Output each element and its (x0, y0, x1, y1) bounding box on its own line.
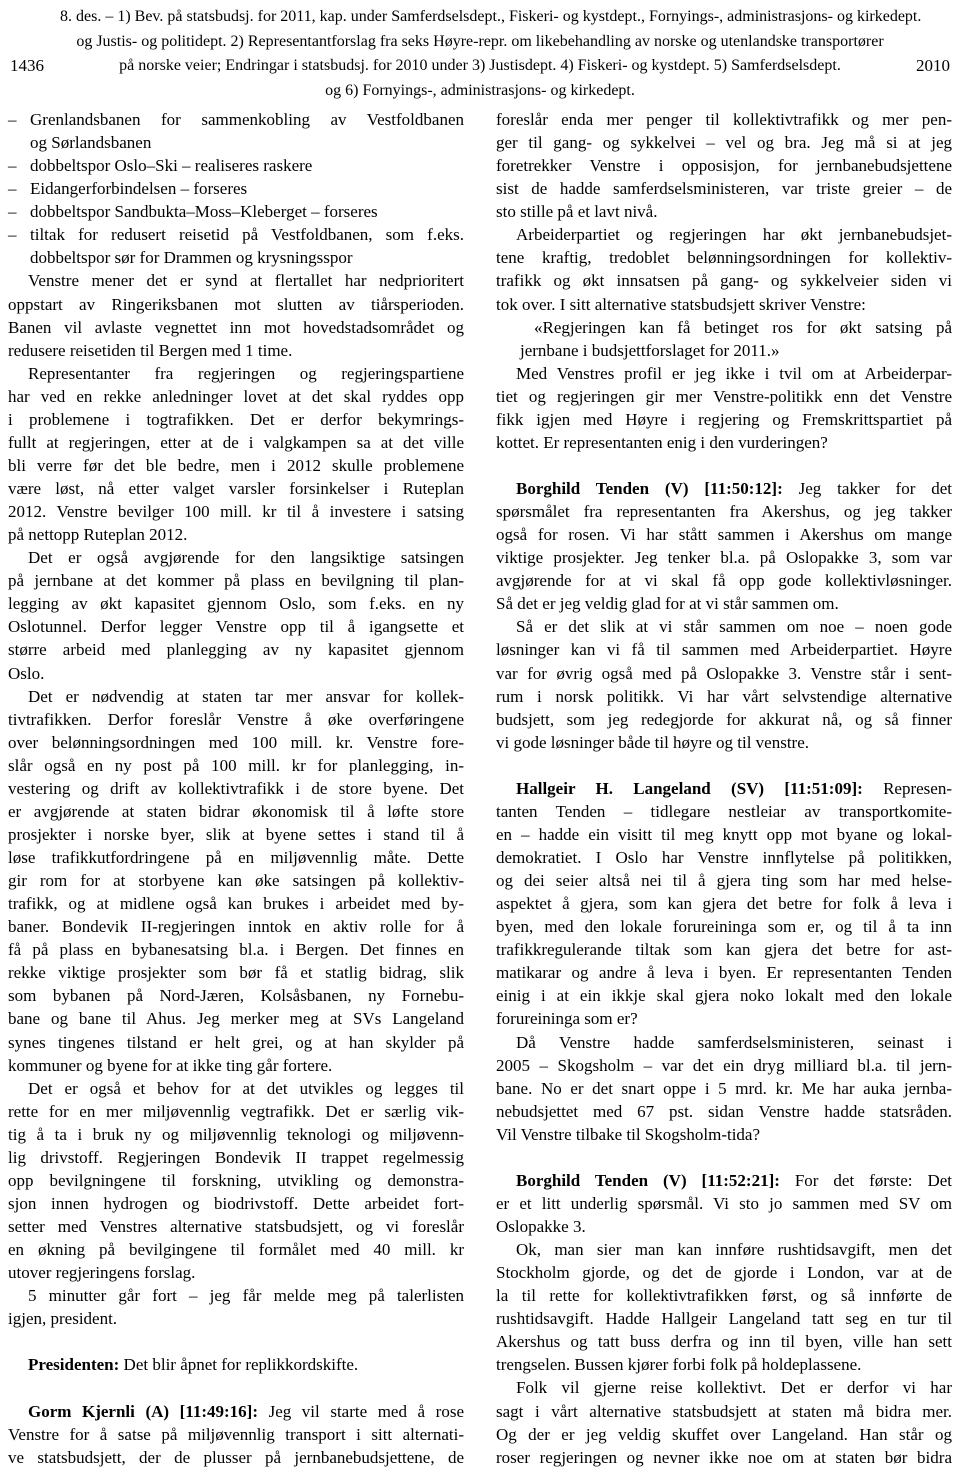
text-line: Borghild Tenden (V) [11:52:21]: For det … (496, 1169, 952, 1192)
text-line: tiet og regjeringen gir mer Venstre-poli… (496, 385, 952, 408)
text-line: trafikkregulerande tiltak som kan gjera … (496, 938, 952, 961)
text-line: roser regjeringen og nevner ikke noe om … (496, 1446, 952, 1469)
text-line: synes tingenes tilstand er helt grei, og… (8, 1031, 464, 1054)
left-column-text: –Grenlandsbanen for sammenkobling av Ves… (8, 108, 464, 1469)
text-line: som bybanen på Nord-Jæren, Kolsåsbanen, … (8, 984, 464, 1007)
text-line: tivtrafikken. Derfor foreslår Venstre å … (8, 708, 464, 731)
text-line: Oslopakke 3. (496, 1215, 952, 1238)
text-line: større arbeid med planlegging av ny kapa… (8, 638, 464, 661)
text-line: Venstre for å satse på miljøvennlig tran… (8, 1423, 464, 1446)
text-line: vi gode løsninger både til høyre og til … (496, 731, 952, 754)
text-line: einig i at ein ikkje skal gjera noko lok… (496, 984, 952, 1007)
text-line: på nettopp Ruteplan 2012. (8, 523, 464, 546)
text-line: kottet. Er representanten enig i den vur… (496, 431, 952, 454)
text-line: igjen, president. (8, 1307, 464, 1330)
header-line: 8. des. – 1) Bev. på statsbudsj. for 201… (60, 5, 900, 30)
text-line: har ved en rekke anledninger lovet at de… (8, 385, 464, 408)
text-line: fikk igjen med Høyre i regjering og Frem… (496, 408, 952, 431)
text-line: være løst, nå etter valget varsler forsi… (8, 477, 464, 500)
text-line: dobbeltspor sør for Drammen og krysnings… (8, 246, 464, 269)
text-line: sjon innen hydrogen og biodrivstoff. Det… (8, 1192, 464, 1215)
text-line: –dobbeltspor Oslo–Ski – realiseres raske… (8, 154, 464, 177)
text-line: Ok, man sier man kan innføre rushtidsavg… (496, 1238, 952, 1261)
text-line: er et litt underlig spørsmål. Vi sto jo … (496, 1192, 952, 1215)
text-line: Då Venstre hadde samferdselsministeren, … (496, 1031, 952, 1054)
text-line: Folk vil gjerne reise kollektivt. Det er… (496, 1376, 952, 1399)
text-line: og Sørlandsbanen (8, 131, 464, 154)
text-line: Stockholm gjorde, og det de gjorde i Lon… (496, 1261, 952, 1284)
text-line: opp bevilgningene til forskning, utvikli… (8, 1169, 464, 1192)
text-line: trengselen. Bussen kjører forbi folk på … (496, 1353, 952, 1376)
text-line: spørsmålet fra representanten fra Akersh… (496, 500, 952, 523)
bullet-dash: – (8, 108, 17, 131)
text-line: –Grenlandsbanen for sammenkobling av Ves… (8, 108, 464, 131)
text-line: matikarar og andre å leva i byen. Er rep… (496, 961, 952, 984)
text-line: Vil Venstre tilbake til Skogsholm-tida? (496, 1123, 952, 1146)
blank-line (496, 754, 952, 777)
text-line: viktige prosjekter. Jeg tenker bl.a. på … (496, 546, 952, 569)
text-line: tok over. I sitt alternative statsbudsje… (496, 293, 952, 316)
text-line: tene kraftig, tredoblet belønningsordnin… (496, 246, 952, 269)
text-line: Så er det slik at vi står sammen om noe … (496, 615, 952, 638)
text-line: sto stille på et lavt nivå. (496, 200, 952, 223)
text-line: la til rette for kollektivtrafikken førs… (496, 1284, 952, 1307)
text-line: Gorm Kjernli (A) [11:49:16]: Jeg vil sta… (8, 1400, 464, 1423)
text-line: rum i norsk politikk. Vi har vårt selvst… (496, 685, 952, 708)
text-line: –dobbeltspor Sandbukta–Moss–Kleberget – … (8, 200, 464, 223)
text-line: slår også en ny post på 100 mill. kr for… (8, 754, 464, 777)
text-line: jernbane i budsjettforslaget for 2011.» (496, 339, 952, 362)
text-line: sist de hadde samferdselsministeren, var… (496, 177, 952, 200)
text-line: demokratiet. I Oslo har Venstre innflyte… (496, 846, 952, 869)
text-line: nebudsjettet med 67 pst. sidan Venstre h… (496, 1100, 952, 1123)
text-line: Representanter fra regjeringen og regjer… (8, 362, 464, 385)
text-line: ger til gang- og sykkelvei – vel og bra.… (496, 131, 952, 154)
text-line: Oslo. (8, 662, 464, 685)
text-line: foretrekker Venstre i opposisjon, for je… (496, 154, 952, 177)
page-number: 1436 (10, 54, 44, 79)
text-line: Det er også avgjørende for den langsikti… (8, 546, 464, 569)
text-line: oppstart av Ringeriksbanen mot slutten a… (8, 293, 464, 316)
page-header: 8. des. – 1) Bev. på statsbudsj. for 201… (60, 5, 900, 103)
bullet-dash: – (8, 200, 17, 223)
text-line: byen, med den lokale forureininga som er… (496, 915, 952, 938)
text-line: sagt i vårt alternative statsbudsjett at… (496, 1400, 952, 1423)
text-line: var for øvrig også med på Oslopakke 3. V… (496, 662, 952, 685)
text-line: 5 minutter går fort – jeg får melde meg … (8, 1284, 464, 1307)
speaker-label: Gorm Kjernli (A) [11:49:16]: (28, 1402, 258, 1421)
bullet-dash: – (8, 154, 17, 177)
speaker-label: Hallgeir H. Langeland (SV) [11:51:09]: (516, 779, 863, 798)
text-line: tig å ta i bruk ny og miljøvennlig tekno… (8, 1123, 464, 1146)
blank-line (496, 454, 952, 477)
text-line: rette for en mer miljøvennlig vegtrafikk… (8, 1100, 464, 1123)
text-line: Venstre mener det er synd at flertallet … (8, 269, 464, 292)
year-label: 2010 (916, 54, 950, 79)
text-line: foreslår enda mer penger til kollektivtr… (496, 108, 952, 131)
speaker-label: Borghild Tenden (V) [11:50:12]: (516, 479, 783, 498)
text-line: –Eidangerforbindelsen – forseres (8, 177, 464, 200)
text-line: avgjørende for at vi skal få opp gode ko… (496, 569, 952, 592)
text-line: gir rom for at storbyene kan øke satsing… (8, 869, 464, 892)
text-line: lig drivstoff. Regjeringen Bondevik II t… (8, 1146, 464, 1169)
two-column-body: –Grenlandsbanen for sammenkobling av Ves… (8, 108, 952, 1469)
text-line: Og der er jeg veldig skuffet over Langel… (496, 1423, 952, 1446)
text-line: prosjekter i norske byer, slik at byene … (8, 823, 464, 846)
text-line: «Regjeringen kan få betinget ros for økt… (496, 316, 952, 339)
text-line: utover regjeringens forslag. (8, 1261, 464, 1284)
text-line: over belønningsordningen med 100 mill. k… (8, 731, 464, 754)
text-line: Banen vil avlaste vegnettet inn mot hove… (8, 316, 464, 339)
text-line: Hallgeir H. Langeland (SV) [11:51:09]: R… (496, 777, 952, 800)
text-line: aspektet å gjera, som kan gjera det betr… (496, 892, 952, 915)
text-line: redusere reisetiden til Bergen med 1 tim… (8, 339, 464, 362)
bullet-dash: – (8, 177, 17, 200)
text-line: budsjett, som jeg redegjorde for akkurat… (496, 708, 952, 731)
text-line: vestering og drift av kollektivtrafikk i… (8, 777, 464, 800)
text-line: i problemene i togtrafikken. Det er derf… (8, 408, 464, 431)
right-column-text: foreslår enda mer penger til kollektivtr… (496, 108, 952, 1469)
text-line: Presidenten: Det blir åpnet for replikko… (8, 1353, 464, 1376)
text-line: Det er nødvendig at staten tar mer ansva… (8, 685, 464, 708)
text-line: 2005 – Skogsholm – var det ein dryg mill… (496, 1054, 952, 1077)
text-line: bane og bane til Ahus. Jeg merker meg at… (8, 1007, 464, 1030)
text-line: en økning på bevilgingene til formålet m… (8, 1238, 464, 1261)
text-line: forureininga som er? (496, 1007, 952, 1030)
text-line: bli verre før det ble bedre, men i 2012 … (8, 454, 464, 477)
text-line: Det er også et behov for at det utvikles… (8, 1077, 464, 1100)
speaker-label: Borghild Tenden (V) [11:52:21]: (516, 1171, 780, 1190)
text-line: Med Venstres profil er jeg ikke i tvil o… (496, 362, 952, 385)
text-line: rekke viktige prosjekter som bør få et s… (8, 961, 464, 984)
text-line: tanten Tenden – tidlegare nestleiar av t… (496, 800, 952, 823)
blank-line (8, 1376, 464, 1399)
text-line: Arbeiderpartiet og regjeringen har økt j… (496, 223, 952, 246)
header-line: på norske veier; Endringar i statsbudsj.… (60, 54, 900, 79)
text-line: og dei seier altså nei til å gjera ting … (496, 869, 952, 892)
text-line: bane. No er det snart oppe i 5 mrd. kr. … (496, 1077, 952, 1100)
text-line: baner. Bondevik II-regjeringen inntok en… (8, 915, 464, 938)
bullet-dash: – (8, 223, 17, 246)
text-line: trafikk, og at midlene også kan brukes i… (8, 892, 464, 915)
speaker-label: Presidenten: (28, 1355, 119, 1374)
blank-line (496, 1146, 952, 1169)
text-line: setter med Venstres alternative statsbud… (8, 1215, 464, 1238)
text-line: rushtidsavgift. Hadde Hallgeir Langeland… (496, 1307, 952, 1330)
text-line: få på plass en bybanesatsing bl.a. i Ber… (8, 938, 464, 961)
text-line: også for rosen. Vi har stått sammen i Ak… (496, 523, 952, 546)
text-line: fullt at regjeringen, etter at de i valg… (8, 431, 464, 454)
text-line: kommuner og byene for at ikke ting går f… (8, 1054, 464, 1077)
text-line: løsninger kan vi få til sammen med Arbei… (496, 638, 952, 661)
text-line: Oslotunnel. Derfor legger Venstre opp ti… (8, 615, 464, 638)
text-line: Borghild Tenden (V) [11:50:12]: Jeg takk… (496, 477, 952, 500)
header-line: og Justis- og politidept. 2) Representan… (60, 30, 900, 55)
text-line: –tiltak for redusert reisetid på Vestfol… (8, 223, 464, 246)
text-line: er avgjørende at staten bidrar økonomisk… (8, 800, 464, 823)
document-page: 8. des. – 1) Bev. på statsbudsj. for 201… (0, 0, 960, 1476)
header-line: og 6) Fornyings-, administrasjons- og ki… (60, 79, 900, 104)
text-line: en – hadde ein visitt til meg knytt opp … (496, 823, 952, 846)
text-line: ve statsbudsjett, der de plusser på jern… (8, 1446, 464, 1469)
blank-line (8, 1330, 464, 1353)
text-line: på jernbane at det kommer på plass en be… (8, 569, 464, 592)
text-line: legging av økt kapasitet gjennom Oslo, s… (8, 592, 464, 615)
text-line: 2012. Venstre bevilger 100 mill. kr til … (8, 500, 464, 523)
text-line: Så det er jeg veldig glad for at vi står… (496, 592, 952, 615)
text-line: Akershus og tatt buss derfra og inn til … (496, 1330, 952, 1353)
text-line: trafikk og økt innsatsen på gang- og syk… (496, 269, 952, 292)
text-line: løse trafikkutfordringene på en miljøven… (8, 846, 464, 869)
